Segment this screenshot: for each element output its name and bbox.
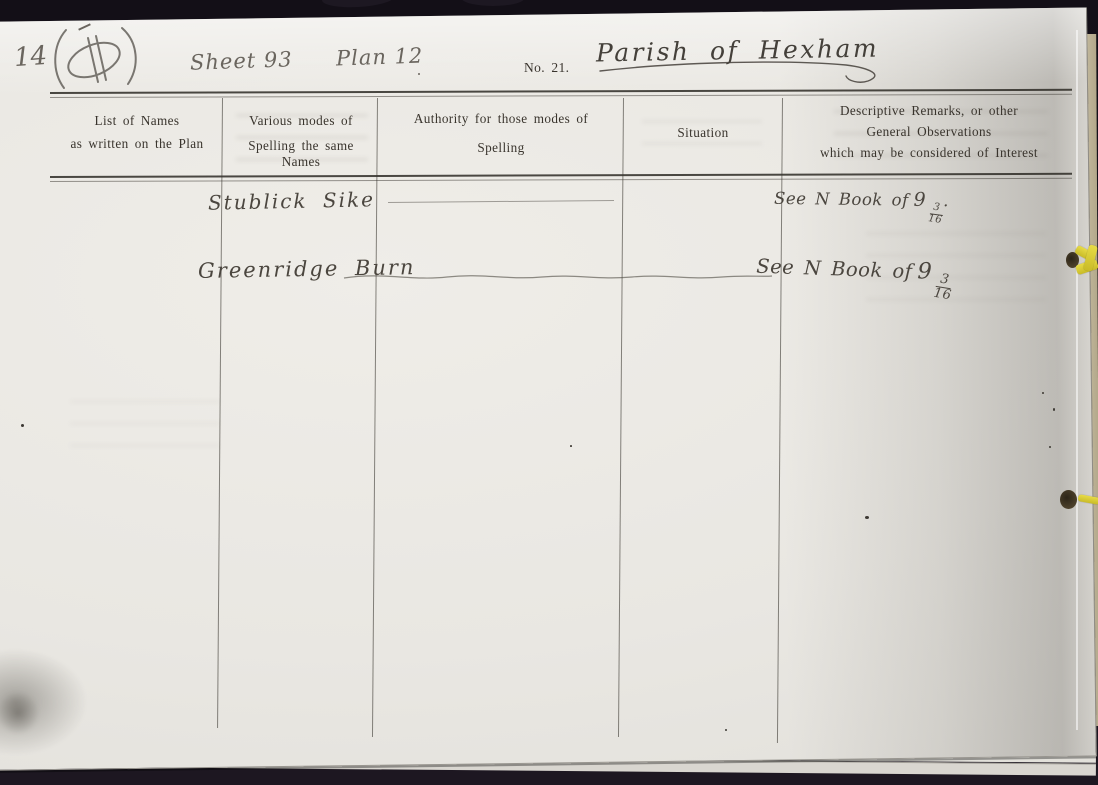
ditto-line (388, 200, 614, 203)
ink-speck (570, 445, 572, 447)
ink-speck (865, 516, 869, 519)
ink-speck (1053, 408, 1055, 411)
fraction-denominator: 16 (928, 214, 943, 226)
ink-speck (1049, 446, 1051, 448)
header-top-rule (50, 89, 1072, 94)
column-header-line: Various modes of (228, 113, 374, 129)
column-header-situation: Situation (628, 125, 778, 141)
entry-remark: See N Book of9316. (774, 187, 949, 226)
column-header-line: List of Names (52, 113, 222, 129)
remark-suffix: . (943, 191, 949, 210)
fraction-denominator: 16 (933, 287, 953, 303)
remark-fraction: 316 (933, 272, 955, 303)
column-header-line: which may be considered of Interest (788, 145, 1070, 161)
sheet-annotation: Sheet 93 (190, 47, 293, 75)
entry-number-label: No. 21. (524, 60, 569, 76)
entry-name: Stublick Sike (208, 187, 375, 214)
column-header-line: as written on the Plan (52, 136, 222, 152)
column-header-line: Spelling the same Names (228, 138, 374, 170)
column-divider-3 (618, 98, 624, 737)
ditto-wavy-line (342, 268, 774, 286)
ink-speck (725, 729, 727, 731)
column-header-line: Authority for those modes of (382, 111, 620, 127)
corner-smudge (0, 692, 40, 734)
parish-underline-flourish (598, 58, 894, 88)
remark-reference-number: 9 (917, 258, 933, 284)
header-bottom-rule-2 (50, 177, 1072, 181)
column-header-authority: Authority for those modes of Spelling (382, 111, 620, 156)
remark-text: See N Book of (774, 189, 909, 210)
bleedthrough-smudge (70, 392, 220, 462)
page-content: 14 Sheet 93 Plan 12 No. 21. Parish of He… (0, 0, 1098, 785)
column-header-line: Situation (628, 125, 778, 141)
scanned-document: 14 Sheet 93 Plan 12 No. 21. Parish of He… (0, 0, 1098, 785)
remark-text: See N Book of (756, 255, 913, 283)
entry-remark: See N Book of9316 (755, 253, 953, 302)
pencil-dot (418, 73, 420, 75)
ink-speck (1042, 392, 1044, 394)
binding-hole (1060, 490, 1077, 509)
ink-speck (21, 424, 24, 427)
column-header-line: Descriptive Remarks, or other (788, 103, 1070, 119)
plan-annotation: Plan 12 (336, 43, 424, 70)
column-header-line: General Observations (788, 124, 1070, 140)
crossed-circle-mark-icon (48, 26, 140, 90)
column-header-line: Spelling (382, 140, 620, 156)
remark-reference-number: 9 (913, 189, 926, 211)
header-bottom-rule (50, 173, 1072, 178)
column-header-spelling: Various modes of Spelling the same Names (228, 113, 374, 170)
page-number-annotation: 14 (13, 41, 48, 73)
column-header-remarks: Descriptive Remarks, or other General Ob… (788, 103, 1070, 161)
remark-fraction: 316 (928, 202, 945, 226)
column-header-names: List of Names as written on the Plan (52, 113, 222, 152)
header-top-rule-2 (50, 93, 1072, 97)
